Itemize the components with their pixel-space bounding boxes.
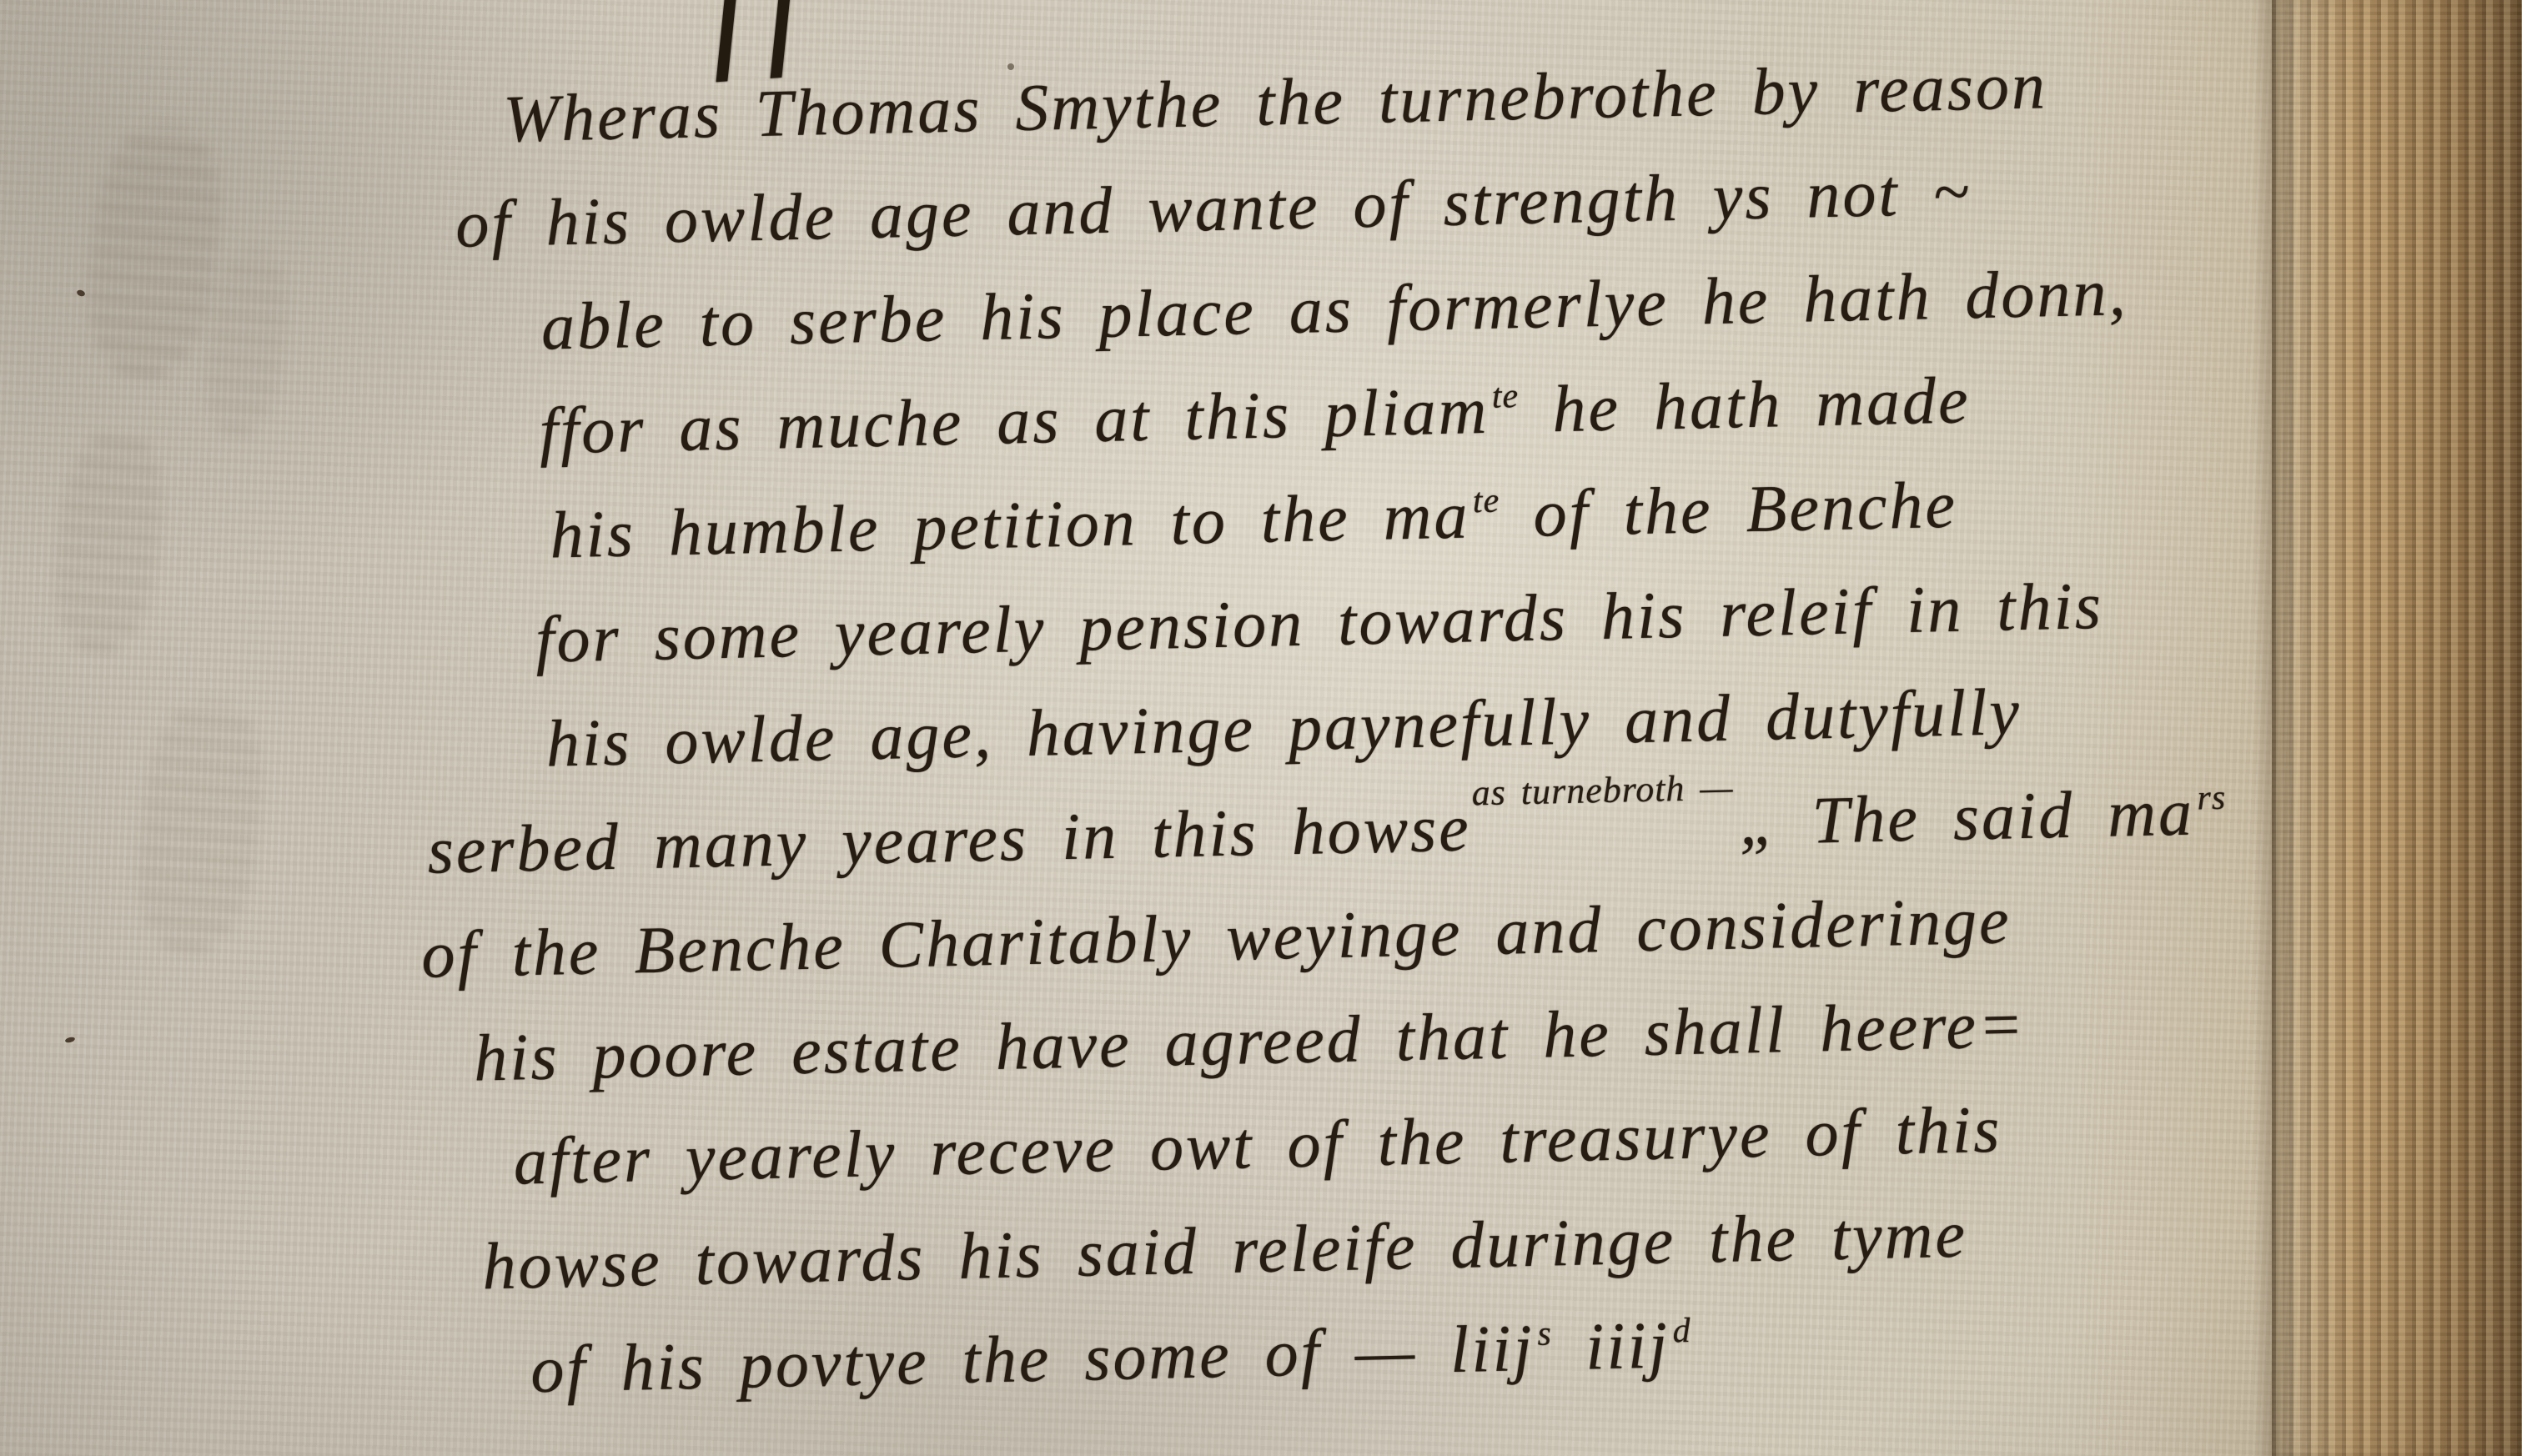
line-segment: ffor as muche as at this pliam <box>539 374 1490 469</box>
manuscript-photo: ſſ Wheras Thomas Smythe the turnebrothe … <box>0 0 2522 1456</box>
line-segment: serbed many yeares in this howse <box>427 791 1472 887</box>
line-segment: after yearely receve owt of the treasury… <box>513 1093 2002 1199</box>
line-segment: he hath made <box>1519 364 1972 447</box>
superscript-abbreviation: rs <box>2198 798 2227 799</box>
showthrough-smudge <box>46 429 172 656</box>
line-segment: „ The said ma <box>1738 776 2194 860</box>
superscript-abbreviation: te <box>1473 501 1500 502</box>
line-segment: of his owlde age and wante of strength y… <box>455 155 1972 262</box>
line-segment: his owlde age, havinge paynefully and du… <box>545 675 2022 781</box>
line-segment: of his povtye the some of — liij <box>530 1312 1535 1407</box>
showthrough-smudge <box>198 246 294 437</box>
showthrough-smudge <box>127 695 274 957</box>
line-segment: for some yearely pension towards his rel… <box>535 570 2103 677</box>
line-segment: his poore estate have agreed that he sha… <box>473 988 2027 1096</box>
line-segment: able to serbe his place as formerlye he … <box>540 256 2128 364</box>
showthrough-smudge <box>77 118 231 382</box>
line-segment: howse towards his said releife duringe t… <box>482 1198 1968 1304</box>
manuscript-text: Wheras Thomas Smythe the turnebrothe by … <box>402 28 2374 1424</box>
superscript-abbreviation: te <box>1492 396 1519 397</box>
line-segment: Wheras Thomas Smythe the turnebrothe by … <box>503 49 2048 156</box>
line-segment: iiij <box>1551 1308 1670 1384</box>
line-segment: of the Benche <box>1500 469 1958 552</box>
book-fore-edge <box>2272 0 2522 1456</box>
ink-speck <box>64 1037 75 1044</box>
line-segment: of the Benche Charitably weyinge and con… <box>420 884 2012 992</box>
interlinear-insertion: as turnebroth — <box>1472 788 1734 794</box>
line-segment: his humble petition to the ma <box>550 479 1471 572</box>
ink-speck <box>76 289 86 298</box>
